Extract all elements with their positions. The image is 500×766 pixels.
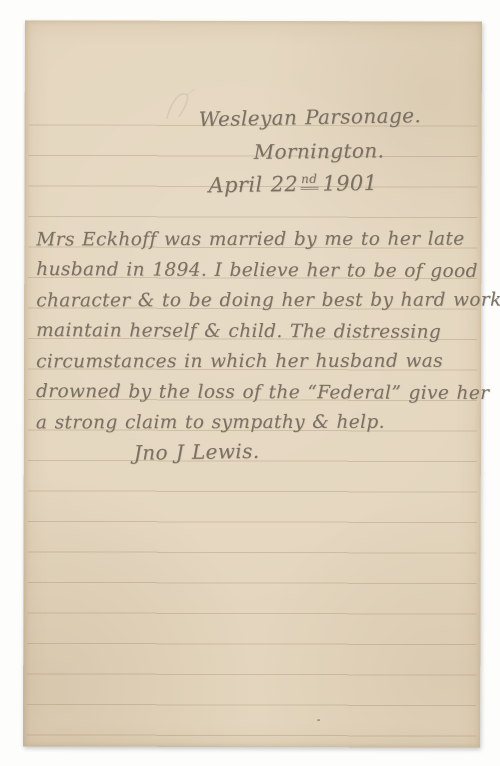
body-line-4: maintain herself & child. The distressin…	[36, 316, 476, 348]
letter-date-line: April 22nd1901	[208, 171, 377, 200]
body-line-2: husband in 1894. I believe her to be of …	[36, 255, 476, 287]
letter-address-line: Wesleyan Parsonage.	[198, 103, 421, 131]
dust-speck	[240, 186, 242, 188]
date-ordinal-superscript: nd	[300, 172, 318, 190]
letter-body: Mrs Eckhoff was married by me to her lat…	[36, 224, 477, 439]
body-line-5: circumstances in which her husband was	[36, 347, 476, 378]
dust-speck	[350, 302, 352, 303]
body-line-1: Mrs Eckhoff was married by me to her lat…	[36, 225, 476, 256]
body-line-7: a strong claim to sympathy & help.	[36, 408, 476, 439]
letter-paper: Wesleyan Parsonage. Mornington. April 22…	[23, 20, 482, 747]
body-line-3: character & to be doing her best by hard…	[36, 286, 476, 317]
body-line-6: drowned by the loss of the “Federal” giv…	[36, 377, 476, 409]
signature: Jno J Lewis.	[134, 439, 260, 465]
dust-speck	[317, 719, 320, 721]
photograph-background: Wesleyan Parsonage. Mornington. April 22…	[0, 0, 500, 766]
letter-town-line: Mornington.	[253, 138, 384, 163]
date-year: 1901	[322, 171, 377, 196]
date-day: April 22	[208, 172, 298, 197]
